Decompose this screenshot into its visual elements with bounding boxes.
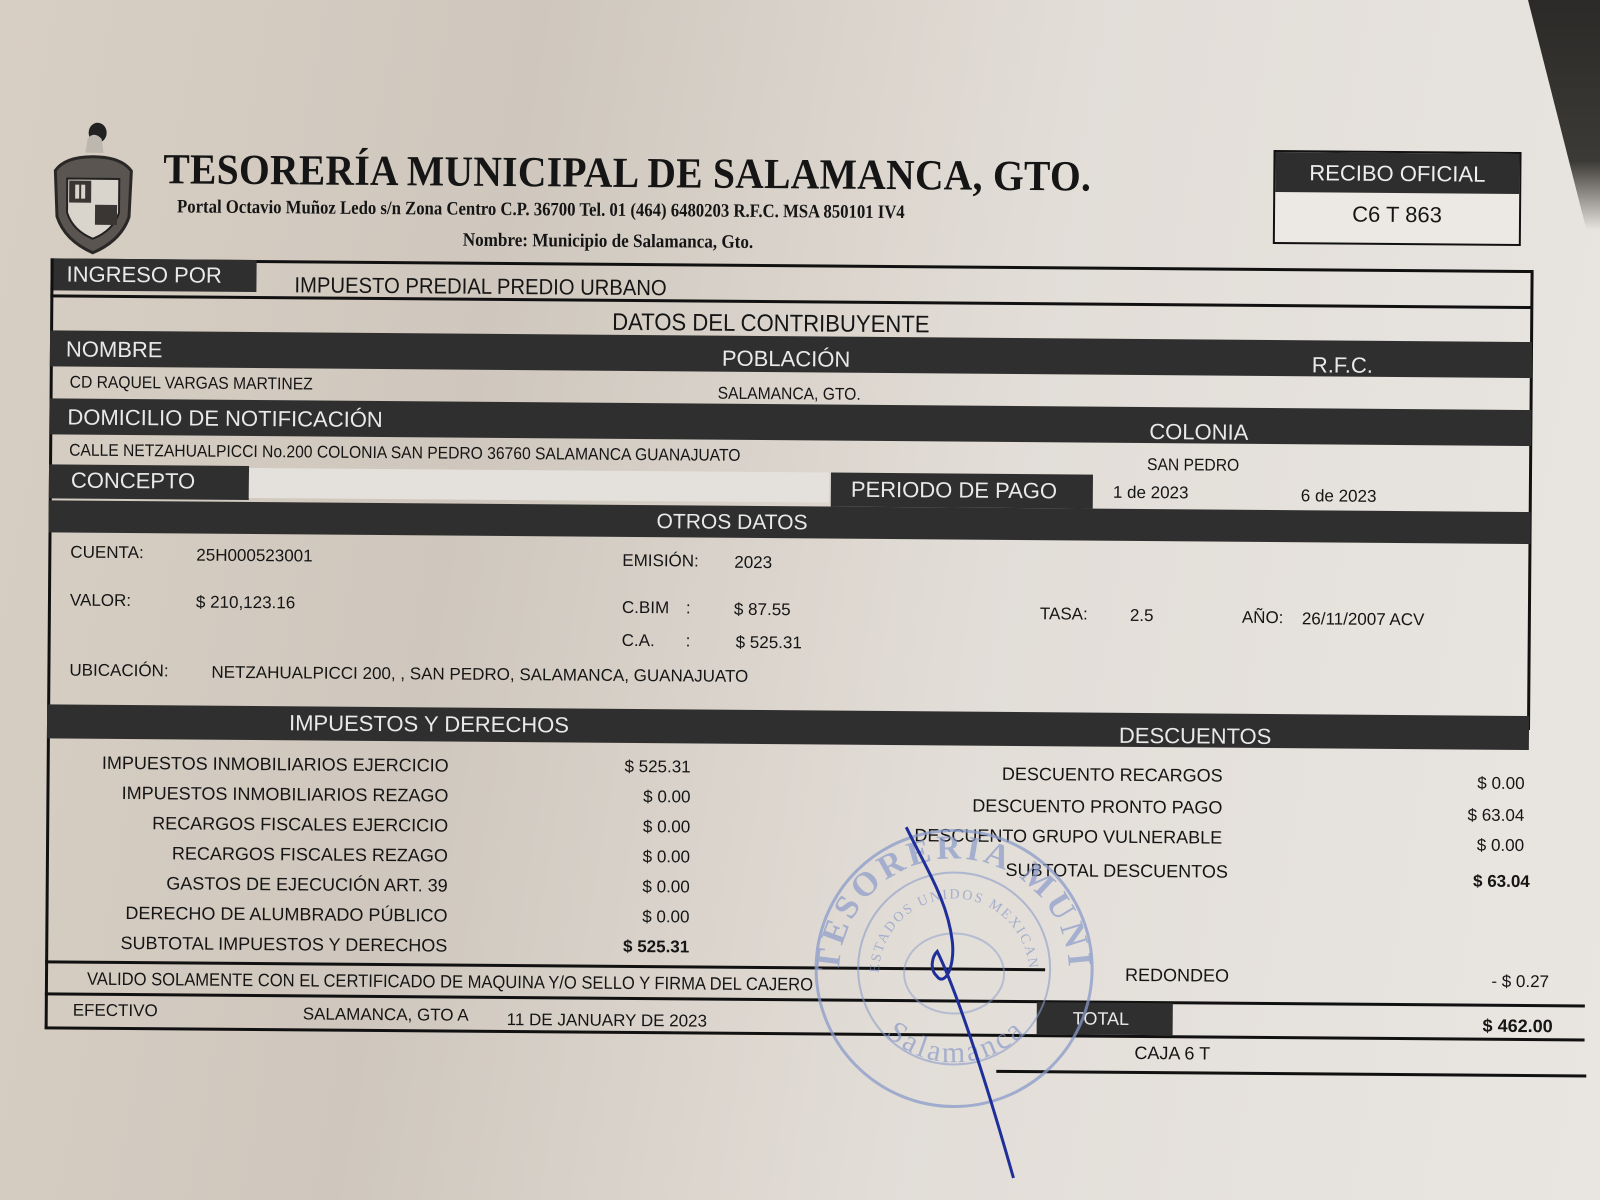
- descuentos-subtotal-amount: $ 63.04: [1418, 871, 1530, 892]
- impuesto-item-label: DERECHO DE ALUMBRADO PÚBLICO: [57, 902, 447, 926]
- municipal-crest-icon: [47, 118, 140, 259]
- impuestos-subtotal-label: SUBTOTAL IMPUESTOS Y DERECHOS: [97, 933, 447, 957]
- right-border: [1527, 270, 1534, 730]
- impuesto-item-amount: $ 0.00: [598, 877, 690, 898]
- tasa-value: 2.5: [1130, 606, 1154, 626]
- impuesto-item-label: IMPUESTOS INMOBILIARIOS REZAGO: [58, 782, 448, 806]
- descuentos-list: DESCUENTO RECARGOS$ 0.00DESCUENTO PRONTO…: [5, 0, 1600, 7]
- left-border: [45, 258, 54, 1028]
- nombre-label: NOMBRE: [66, 337, 163, 364]
- validity-note: VALIDO SOLAMENTE CON EL CERTIFICADO DE M…: [87, 969, 813, 996]
- colonia-value: SAN PEDRO: [1147, 455, 1239, 476]
- ubicacion-label: UBICACIÓN:: [69, 661, 168, 682]
- ingreso-label: INGRESO POR: [50, 258, 256, 292]
- cbim-colon: :: [686, 598, 691, 618]
- impuesto-item-amount: $ 525.31: [599, 757, 691, 778]
- nombre-value: CD RAQUEL VARGAS MARTINEZ: [70, 373, 313, 395]
- impuesto-item-amount: $ 0.00: [598, 787, 690, 808]
- impuesto-item-label: RECARGOS FISCALES EJERCICIO: [58, 812, 448, 836]
- descuento-item-label: DESCUENTO RECARGOS: [879, 763, 1223, 787]
- redondeo-amount: - $ 0.27: [1437, 971, 1549, 992]
- caja-label: CAJA 6 T: [1134, 1043, 1210, 1065]
- impuestos-descuentos-bar: IMPUESTOS Y DERECHOS DESCUENTOS: [47, 704, 1529, 750]
- ca-value: $ 525.31: [736, 633, 802, 654]
- descuento-item-amount: $ 0.00: [1418, 835, 1524, 856]
- concepto-value: [249, 468, 829, 503]
- impuesto-item-amount: $ 0.00: [598, 847, 690, 868]
- periodo-desde: 1 de 2023: [1113, 483, 1189, 504]
- emision-value: 2023: [734, 553, 772, 573]
- descuentos-title: DESCUENTOS: [1119, 723, 1272, 750]
- poblacion-value: SALAMANCA, GTO.: [718, 384, 861, 405]
- domicilio-label: DOMICILIO DE NOTIFICACIÓN: [67, 405, 383, 433]
- cbim-label: C.BIM: [622, 598, 669, 618]
- payment-method: EFECTIVO: [73, 1001, 158, 1022]
- treasury-address: Portal Octavio Muñoz Ledo s/n Zona Centr…: [177, 196, 905, 224]
- payment-date: 11 DE JANUARY DE 2023: [507, 1010, 707, 1032]
- otros-datos-bar: OTROS DATOS: [49, 500, 1531, 544]
- contributor-header-bar: NOMBRE POBLACIÓN R.F.C.: [50, 330, 1532, 378]
- treasury-stamp-icon: TESORERIA MUNICIPAL ESTADOS UNIDOS MEXIC…: [808, 822, 1100, 1114]
- impuestos-title: IMPUESTOS Y DERECHOS: [289, 710, 569, 738]
- cuenta-label: CUENTA:: [70, 543, 144, 564]
- ca-colon: :: [686, 631, 691, 651]
- poblacion-label: POBLACIÓN: [722, 346, 851, 373]
- divider: [50, 294, 1532, 309]
- rfc-label: R.F.C.: [1312, 352, 1373, 378]
- anio-label: AÑO:: [1242, 608, 1284, 628]
- official-receipt-box: RECIBO OFICIAL C6 T 863: [1273, 150, 1522, 246]
- cuenta-value: 25H000523001: [196, 546, 312, 567]
- descuento-item-amount: $ 63.04: [1418, 805, 1524, 826]
- concepto-label: CONCEPTO: [49, 464, 249, 500]
- colonia-label: COLONIA: [1149, 419, 1248, 446]
- tasa-label: TASA:: [1040, 604, 1088, 624]
- periodo-label: PERIODO DE PAGO: [831, 473, 1093, 509]
- official-receipt-label: RECIBO OFICIAL: [1275, 152, 1519, 194]
- domicilio-header-bar: DOMICILIO DE NOTIFICACIÓN COLONIA: [49, 398, 1531, 446]
- receipt-document: TESORERÍA MUNICIPAL DE SALAMANCA, GTO. P…: [0, 0, 1600, 1200]
- impuestos-subtotal-amount: $ 525.31: [597, 937, 689, 958]
- divider: [51, 258, 1533, 273]
- payment-place: SALAMANCA, GTO A: [303, 1004, 469, 1025]
- impuesto-item-amount: $ 0.00: [597, 907, 689, 928]
- valor-value: $ 210,123.16: [196, 593, 295, 614]
- receipt-number: C6 T 863: [1275, 192, 1519, 238]
- ubicacion-value: NETZAHUALPICCI 200, , SAN PEDRO, SALAMAN…: [211, 663, 748, 687]
- descuento-item-label: DESCUENTO PRONTO PAGO: [878, 795, 1222, 819]
- impuestos-list: IMPUESTOS INMOBILIARIOS EJERCICIO$ 525.3…: [5, 0, 1600, 7]
- impuesto-item-label: IMPUESTOS INMOBILIARIOS EJERCICIO: [59, 752, 449, 776]
- impuesto-item-label: RECARGOS FISCALES REZAGO: [58, 842, 448, 866]
- domicilio-value: CALLE NETZAHUALPICCI No.200 COLONIA SAN …: [69, 441, 740, 466]
- redondeo-label: REDONDEO: [1125, 965, 1229, 987]
- treasury-title: TESORERÍA MUNICIPAL DE SALAMANCA, GTO.: [163, 145, 1091, 201]
- svg-text:Salamanca: Salamanca: [880, 1011, 1031, 1070]
- ca-label: C.A.: [622, 631, 655, 651]
- impuesto-item-amount: $ 0.00: [598, 817, 690, 838]
- municipality-name: Nombre: Municipio de Salamanca, Gto.: [463, 230, 754, 254]
- anio-value: 26/11/2007 ACV: [1302, 609, 1425, 630]
- impuesto-item-label: GASTOS DE EJECUCIÓN ART. 39: [58, 872, 448, 896]
- total-amount: $ 462.00: [1417, 1015, 1553, 1037]
- otros-datos-title: OTROS DATOS: [657, 510, 808, 535]
- emision-label: EMISIÓN:: [622, 551, 699, 572]
- periodo-hasta: 6 de 2023: [1301, 486, 1377, 507]
- descuento-item-amount: $ 0.00: [1419, 773, 1525, 794]
- valor-label: VALOR:: [70, 591, 131, 611]
- cbim-value: $ 87.55: [734, 600, 791, 620]
